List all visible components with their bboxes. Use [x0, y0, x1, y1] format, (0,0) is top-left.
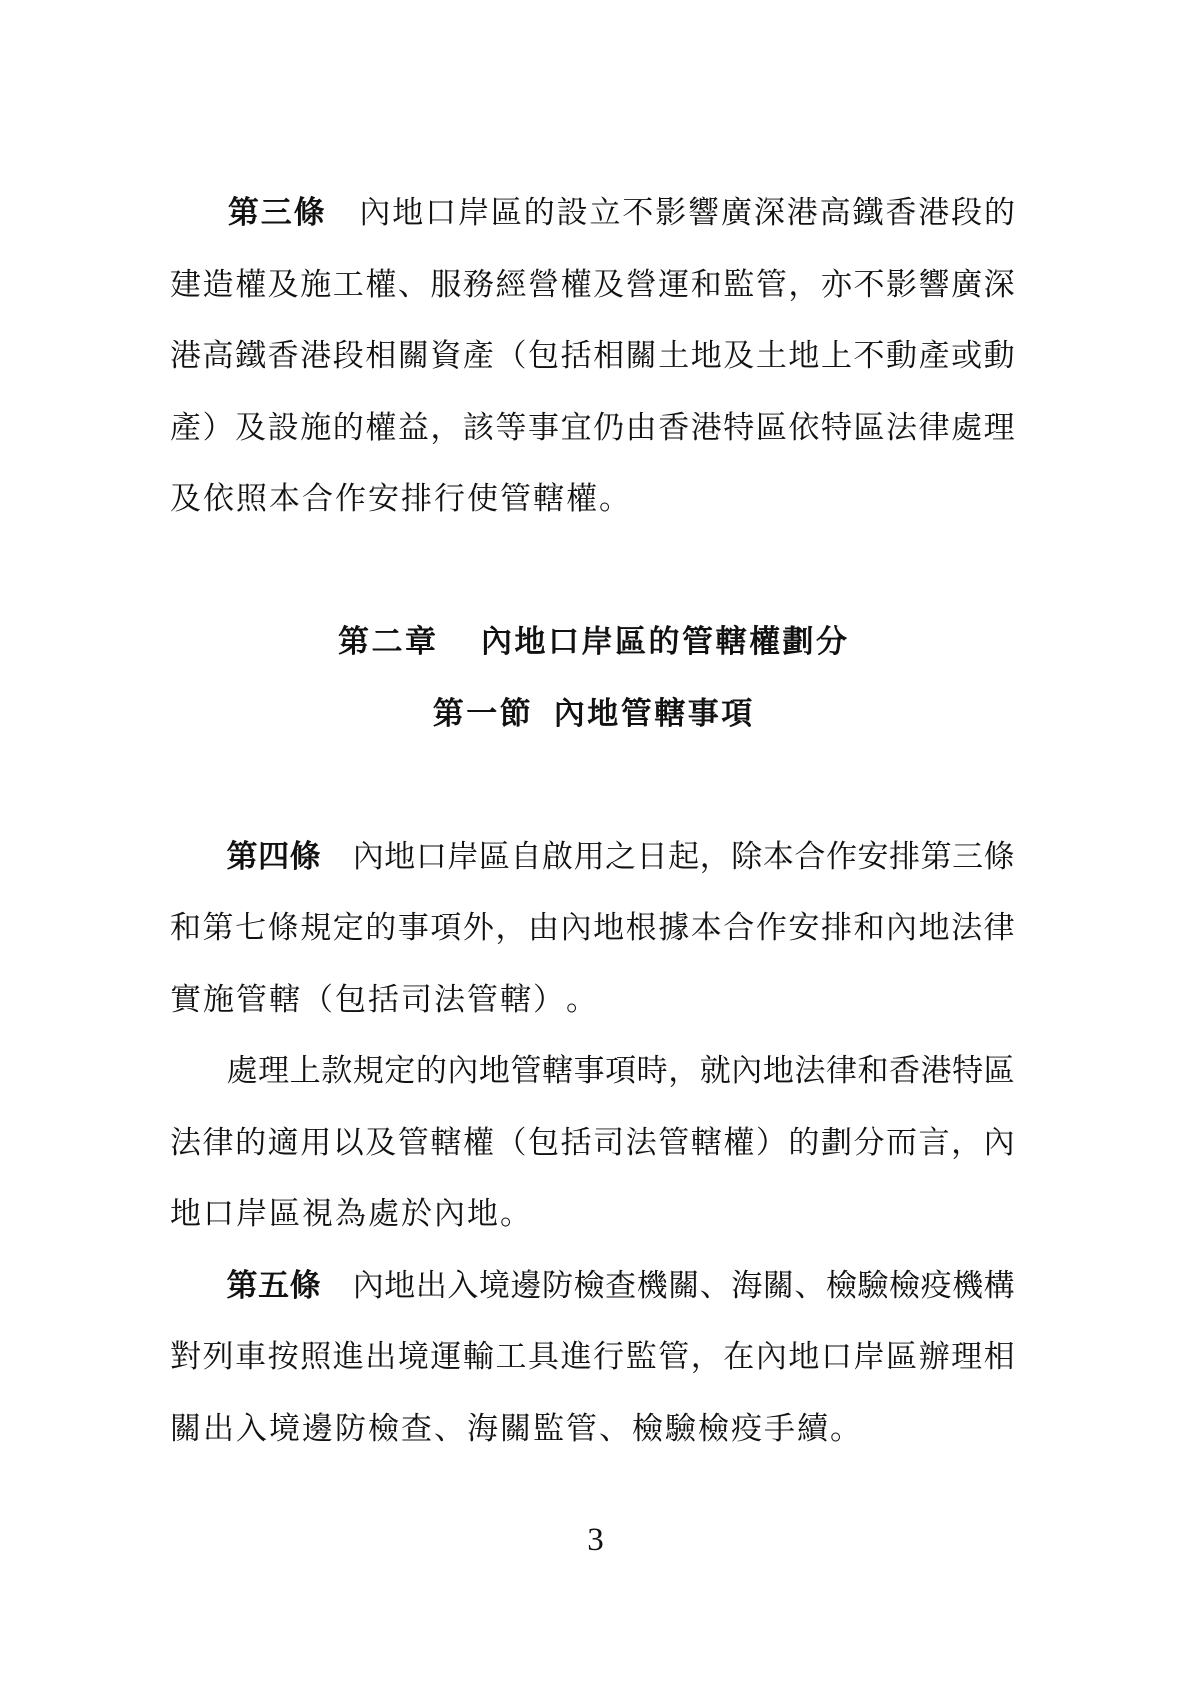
- character: 排: [889, 841, 920, 872]
- character: 檢: [826, 1270, 857, 1301]
- character: 事: [688, 698, 719, 729]
- character: 邊: [302, 1413, 333, 1444]
- character: 自: [510, 841, 541, 872]
- blank-line: [170, 749, 1015, 821]
- character: 法: [170, 1127, 201, 1158]
- character: 疫: [921, 1270, 952, 1301]
- character: 管: [756, 269, 787, 300]
- character: 在: [723, 1341, 754, 1372]
- character: 權: [235, 269, 266, 300]
- character: 內: [353, 841, 384, 872]
- character: 事: [528, 412, 559, 443]
- character: 條: [290, 1270, 321, 1301]
- character: 營: [528, 269, 559, 300]
- character: 地: [763, 1055, 794, 1086]
- character: 理: [984, 412, 1015, 443]
- text-line: 第三條內地口岸區的設立不影響廣深港高鐵香港段的: [170, 177, 1015, 249]
- character: 。: [500, 1198, 531, 1229]
- character: 地: [788, 1341, 819, 1372]
- character: 的: [365, 912, 396, 943]
- character: 地: [788, 340, 819, 371]
- character: 口: [416, 841, 447, 872]
- character: 視: [302, 1198, 333, 1229]
- character: 管: [467, 984, 498, 1015]
- character: 包: [335, 984, 366, 1015]
- character: （: [495, 1127, 526, 1158]
- character: 輸: [463, 1341, 494, 1372]
- text-line: 第二章內地口岸區的管轄權劃分: [170, 606, 1015, 678]
- character: 而: [886, 1127, 917, 1158]
- character: 法: [434, 984, 465, 1015]
- character: 三: [952, 841, 983, 872]
- character: 境: [398, 1341, 429, 1372]
- character: 轄: [691, 1127, 722, 1158]
- character: 劃: [783, 626, 814, 657]
- text-line: 第五條內地出入境邊防檢查機關、海關、檢驗檢疫機構: [170, 1250, 1015, 1322]
- character: 用: [300, 1127, 331, 1158]
- character: 港: [921, 1055, 952, 1086]
- character: 律: [826, 1055, 857, 1086]
- character: 深: [754, 197, 785, 228]
- character: 關: [170, 1413, 201, 1444]
- character: 影: [655, 197, 686, 228]
- character: 進: [333, 1341, 364, 1372]
- character: 港: [691, 412, 722, 443]
- character: 鐵: [853, 197, 884, 228]
- character: 法: [886, 412, 917, 443]
- character: 岸: [447, 841, 478, 872]
- character: 監: [723, 269, 754, 300]
- character: 監: [626, 1341, 657, 1372]
- character: （: [302, 984, 333, 1015]
- character: 防: [542, 1270, 573, 1301]
- character: 規: [300, 912, 331, 943]
- character: 司: [401, 984, 432, 1015]
- character: 包: [528, 340, 559, 371]
- character: 條: [268, 912, 299, 943]
- text-line: 關出入境邊防檢查、海關監管、檢驗檢疫手續。: [170, 1393, 1015, 1465]
- character: 律: [203, 1127, 234, 1158]
- character: 口: [548, 626, 579, 657]
- character: 第: [227, 841, 258, 872]
- character: 條: [984, 841, 1015, 872]
- character: 權: [749, 626, 780, 657]
- character: 括: [368, 984, 399, 1015]
- character: 安: [788, 912, 819, 943]
- character: 出: [365, 1341, 396, 1372]
- character: 轄: [533, 483, 564, 514]
- character: 區: [853, 412, 884, 443]
- character: 動: [886, 340, 917, 371]
- character: 上: [290, 1055, 321, 1086]
- character: 管: [682, 626, 713, 657]
- character: 第: [921, 841, 952, 872]
- character: 地: [170, 1198, 201, 1229]
- character: 內: [984, 1127, 1015, 1158]
- character: 除: [731, 841, 762, 872]
- character: 排: [401, 483, 432, 514]
- character: 及: [268, 269, 299, 300]
- character: 啟: [542, 841, 573, 872]
- character: 口: [203, 1198, 234, 1229]
- character: 廣: [951, 269, 982, 300]
- character: 條: [290, 841, 321, 872]
- character: 不: [622, 197, 653, 228]
- character: 岸: [582, 626, 613, 657]
- character: 防: [335, 1413, 366, 1444]
- text-line: 港高鐵香港段相關資產（包括相關土地及土地上不動產或動: [170, 320, 1015, 392]
- text-line: 及依照本合作安排行使管轄權。: [170, 463, 1015, 535]
- character: 的: [524, 197, 555, 228]
- character: 處: [227, 1055, 258, 1086]
- character: 造: [203, 269, 234, 300]
- character: 第: [227, 1270, 258, 1301]
- character: 按: [268, 1341, 299, 1372]
- character: 事: [574, 1055, 605, 1086]
- character: 、: [794, 1270, 825, 1301]
- character: 的: [416, 1055, 447, 1086]
- blank-line: [170, 535, 1015, 607]
- character: 境: [269, 1413, 300, 1444]
- character: 入: [236, 1413, 267, 1444]
- character: 為: [335, 1198, 366, 1229]
- character: 根: [626, 912, 657, 943]
- character: 使: [467, 483, 498, 514]
- character: 地: [919, 912, 950, 943]
- character: 轄: [269, 984, 300, 1015]
- character: 管: [510, 1055, 541, 1086]
- text-line: 產）及設施的權益，該等事宜仍由香港特區依特區法律處理: [170, 392, 1015, 464]
- character: 香: [658, 412, 689, 443]
- character: 依: [788, 412, 819, 443]
- document-page: 第三條內地口岸區的設立不影響廣深港高鐵香港段的建造權及施工權、服務經營權及營運和…: [0, 0, 1191, 1684]
- character: 營: [626, 269, 657, 300]
- character: 亦: [821, 269, 852, 300]
- character: 邊: [510, 1270, 541, 1301]
- character: 檢: [889, 1270, 920, 1301]
- character: 海: [467, 1413, 498, 1444]
- character: 響: [919, 269, 950, 300]
- character: 地: [479, 1055, 510, 1086]
- character: 構: [984, 1270, 1015, 1301]
- character: 設: [268, 412, 299, 443]
- character: 及: [170, 483, 201, 514]
- character: 和: [170, 912, 201, 943]
- text-line: 第四條內地口岸區自啟用之日起，除本合作安排第三條: [170, 821, 1015, 893]
- character: 包: [528, 1127, 559, 1158]
- character: 驗: [665, 1413, 696, 1444]
- text-line: 法律的適用以及管轄權（包括司法管轄權）的劃分而言，內: [170, 1107, 1015, 1179]
- character: 轄: [716, 626, 747, 657]
- character: 和: [857, 1055, 888, 1086]
- character: 鐵: [235, 340, 266, 371]
- character: 內: [359, 197, 390, 228]
- character: 口: [425, 197, 456, 228]
- character: 的: [649, 626, 680, 657]
- character: 第: [203, 912, 234, 943]
- character: 區: [984, 1055, 1015, 1086]
- character: 律: [919, 412, 950, 443]
- character: 產: [919, 340, 950, 371]
- character: 內: [447, 1055, 478, 1086]
- character: 機: [952, 1270, 983, 1301]
- character: 立: [590, 197, 621, 228]
- character: ，: [788, 269, 819, 300]
- character: 理: [951, 1341, 982, 1372]
- character: 內: [554, 698, 585, 729]
- character: ）: [533, 984, 564, 1015]
- character: 動: [984, 340, 1015, 371]
- character: 區: [886, 1341, 917, 1372]
- character: 檢: [368, 1413, 399, 1444]
- character: 處: [951, 412, 982, 443]
- character: 節: [500, 698, 531, 729]
- character: 岸: [458, 197, 489, 228]
- character: 、: [398, 269, 429, 300]
- character: 作: [335, 483, 366, 514]
- character: 驗: [857, 1270, 888, 1301]
- character: 之: [605, 841, 636, 872]
- character: 香: [268, 340, 299, 371]
- character: 區: [479, 841, 510, 872]
- character: 內: [434, 1198, 465, 1229]
- character: 七: [235, 912, 266, 943]
- character: ）: [203, 412, 234, 443]
- character: 益: [398, 412, 429, 443]
- character: 、: [700, 1270, 731, 1301]
- character: 安: [857, 841, 888, 872]
- character: 合: [302, 483, 333, 514]
- character: 入: [447, 1270, 478, 1301]
- character: 境: [479, 1270, 510, 1301]
- character: 的: [235, 1127, 266, 1158]
- character: 法: [794, 1055, 825, 1086]
- character: 宜: [561, 412, 592, 443]
- character: 的: [333, 412, 364, 443]
- character: 權: [723, 1127, 754, 1158]
- character: 岸: [236, 1198, 267, 1229]
- character: 工: [495, 1341, 526, 1372]
- character: 實: [170, 984, 201, 1015]
- character: 設: [557, 197, 588, 228]
- character: 地: [384, 1270, 415, 1301]
- character: 和: [691, 269, 722, 300]
- character: 區: [269, 1198, 300, 1229]
- text-line: 第一節內地管轄事項: [170, 678, 1015, 750]
- character: 權: [463, 1127, 494, 1158]
- character: 事: [398, 912, 429, 943]
- character: 區: [491, 197, 522, 228]
- character: 進: [561, 1341, 592, 1372]
- character: 。: [566, 984, 597, 1015]
- character: 關: [500, 1413, 531, 1444]
- character: 照: [236, 483, 267, 514]
- character: 不: [853, 269, 884, 300]
- character: 該: [463, 412, 494, 443]
- character: 合: [794, 841, 825, 872]
- character: 行: [593, 1341, 624, 1372]
- character: 權: [561, 269, 592, 300]
- character: 合: [723, 912, 754, 943]
- character: 定: [384, 1055, 415, 1086]
- character: 律: [984, 912, 1015, 943]
- character: 香: [889, 1055, 920, 1086]
- character: 以: [333, 1127, 364, 1158]
- character: 海: [731, 1270, 762, 1301]
- character: 管: [236, 984, 267, 1015]
- page-number: 3: [0, 1522, 1191, 1559]
- character: 仍: [593, 412, 624, 443]
- character: 權: [566, 483, 597, 514]
- character: 適: [268, 1127, 299, 1158]
- character: 分: [853, 1127, 884, 1158]
- character: 影: [886, 269, 917, 300]
- text-line: 處理上款規定的內地管轄事項時，就內地法律和香港特區: [170, 1035, 1015, 1107]
- character: 檢: [632, 1413, 663, 1444]
- character: 外: [463, 912, 494, 943]
- character: 轄: [430, 1127, 461, 1158]
- character: 運: [658, 269, 689, 300]
- character: 廣: [721, 197, 752, 228]
- character: 行: [434, 483, 465, 514]
- character: 特: [952, 1055, 983, 1086]
- character: 作: [756, 912, 787, 943]
- character: 及: [365, 1127, 396, 1158]
- character: 服: [430, 269, 461, 300]
- character: 本: [763, 841, 794, 872]
- character: 施: [300, 412, 331, 443]
- character: 辦: [919, 1341, 950, 1372]
- character: 項: [721, 698, 752, 729]
- character: 施: [203, 984, 234, 1015]
- text-line: 和第七條規定的事項外，由內地根據本合作安排和內地法律: [170, 892, 1015, 964]
- character: 處: [368, 1198, 399, 1229]
- character: 區: [756, 412, 787, 443]
- character: 第: [433, 698, 464, 729]
- character: 土: [658, 340, 689, 371]
- character: 關: [763, 1270, 794, 1301]
- character: 用: [574, 841, 605, 872]
- character: 劃: [821, 1127, 852, 1158]
- character: 續: [797, 1413, 828, 1444]
- character: 安: [368, 483, 399, 514]
- character: 查: [605, 1270, 636, 1301]
- character: 對: [170, 1341, 201, 1372]
- character: 及: [593, 269, 624, 300]
- character: 、: [434, 1413, 465, 1444]
- character: 定: [333, 912, 364, 943]
- text-line: 對列車按照進出境運輸工具進行監管，在內地口岸區辦理相: [170, 1321, 1015, 1393]
- character: 日: [637, 841, 668, 872]
- character: 地: [691, 340, 722, 371]
- character: 管: [398, 1127, 429, 1158]
- character: 五: [258, 1270, 289, 1301]
- character: 地: [384, 841, 415, 872]
- character: 第: [228, 197, 259, 228]
- character: 起: [668, 841, 699, 872]
- character: 港: [918, 197, 949, 228]
- character: 深: [984, 269, 1015, 300]
- character: ，: [495, 912, 526, 943]
- character: 據: [658, 912, 689, 943]
- character: 不: [853, 340, 884, 371]
- character: 管: [500, 483, 531, 514]
- character: 由: [528, 912, 559, 943]
- character: 出: [203, 1413, 234, 1444]
- character: 港: [170, 340, 201, 371]
- character: 或: [951, 340, 982, 371]
- character: 的: [984, 197, 1015, 228]
- character: 、: [599, 1413, 630, 1444]
- character: 權: [365, 269, 396, 300]
- character: 區: [615, 626, 646, 657]
- character: 及: [723, 340, 754, 371]
- character: 地: [593, 912, 624, 943]
- character: 轄: [654, 698, 685, 729]
- character: ，: [700, 841, 731, 872]
- character: 具: [528, 1341, 559, 1372]
- character: 產: [463, 340, 494, 371]
- character: 照: [300, 1341, 331, 1372]
- character: 段: [951, 197, 982, 228]
- character: 章: [405, 626, 436, 657]
- character: 土: [756, 340, 787, 371]
- character: ，: [668, 1055, 699, 1086]
- character: 相: [365, 340, 396, 371]
- character: 建: [170, 269, 201, 300]
- character: 特: [821, 412, 852, 443]
- character: 規: [353, 1055, 384, 1086]
- character: 相: [984, 1341, 1015, 1372]
- character: 理: [258, 1055, 289, 1086]
- document-body: 第三條內地口岸區的設立不影響廣深港高鐵香港段的建造權及施工權、服務經營權及營運和…: [170, 177, 1015, 1464]
- character: 香: [885, 197, 916, 228]
- character: 關: [668, 1270, 699, 1301]
- character: 就: [700, 1055, 731, 1086]
- character: 由: [626, 412, 657, 443]
- character: 疫: [731, 1413, 762, 1444]
- character: 法: [626, 1127, 657, 1158]
- character: 內: [561, 912, 592, 943]
- character: 第: [338, 626, 369, 657]
- character: 運: [430, 1341, 461, 1372]
- character: 港: [300, 340, 331, 371]
- character: 一: [466, 698, 497, 729]
- character: 內: [756, 1341, 787, 1372]
- character: 管: [658, 1341, 689, 1372]
- character: 時: [637, 1055, 668, 1086]
- character: 。: [830, 1413, 861, 1444]
- character: 地: [467, 1198, 498, 1229]
- character: 施: [300, 269, 331, 300]
- character: 高: [820, 197, 851, 228]
- character: 和: [853, 912, 884, 943]
- character: 作: [826, 841, 857, 872]
- character: 內: [886, 912, 917, 943]
- character: 岸: [853, 1341, 884, 1372]
- character: 管: [566, 1413, 597, 1444]
- character: 地: [587, 698, 618, 729]
- character: ，: [430, 412, 461, 443]
- character: 港: [787, 197, 818, 228]
- character: 關: [626, 340, 657, 371]
- character: 列: [203, 1341, 234, 1372]
- character: 二: [372, 626, 403, 657]
- character: 相: [593, 340, 624, 371]
- character: 地: [515, 626, 546, 657]
- character: 車: [235, 1341, 266, 1372]
- character: 款: [321, 1055, 352, 1086]
